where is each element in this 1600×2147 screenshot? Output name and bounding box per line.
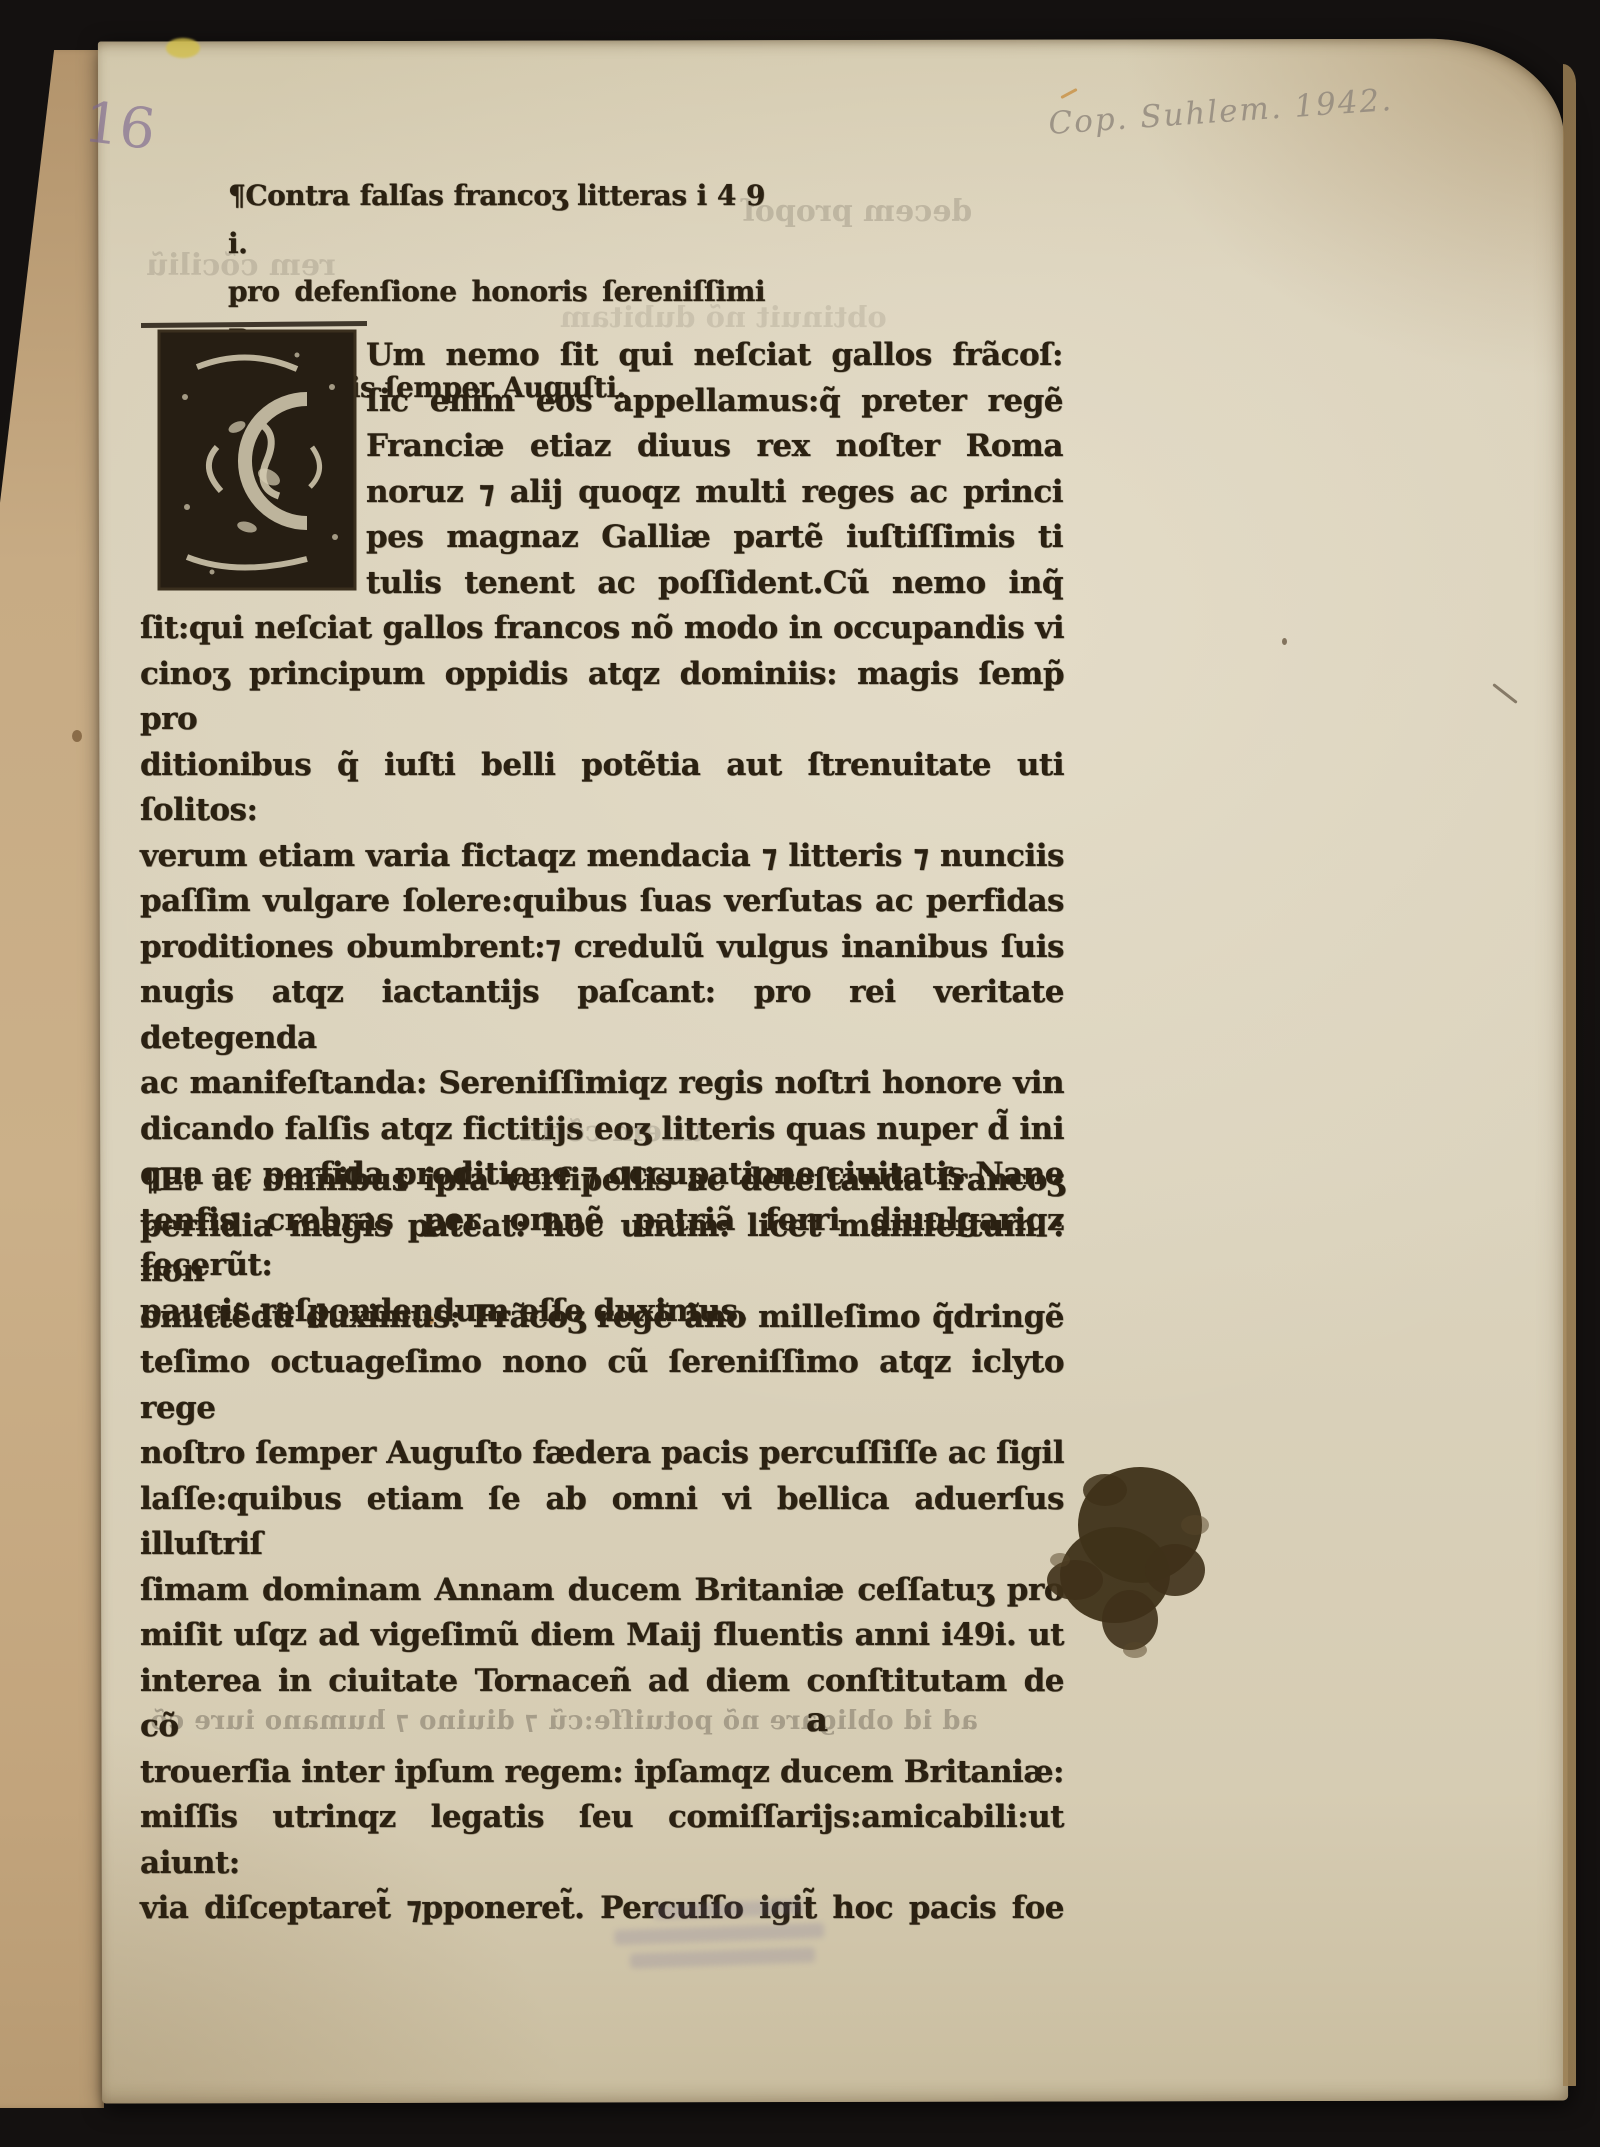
body-line: paſſim vulgare ſolere:quibus ſuas verſut…: [140, 879, 1064, 925]
body-line: ditionibus q̃ iuſti belli potẽtia aut ſt…: [140, 743, 1064, 834]
dark-speck: [1282, 638, 1287, 645]
body-line: noſtro ſemper Auguſto fædera pacis percu…: [140, 1431, 1064, 1477]
body-line: omittẽdũ duximus: Frãcoʒ regẽ ãno milleſ…: [140, 1295, 1064, 1341]
show-through-fragment: decem propoſ: [742, 194, 972, 229]
body-line: perfidia magis pateat: hoc unum: licet m…: [140, 1204, 1064, 1295]
heading-line-1: ¶Contra falſas francoʒ litteras i 4 9 i.: [228, 172, 765, 268]
yellow-stain: [166, 38, 200, 58]
body-line: interea in ciuitate Tornaceñ ad diem con…: [140, 1659, 1064, 1750]
page-fore-edge: [1563, 64, 1576, 2086]
paragraph-two: ¶Et ut omnibus ipſa verſipellis ac deteſ…: [140, 1158, 1064, 1932]
library-stamp-showthrough: [613, 1889, 852, 2022]
signature-mark: a: [806, 1700, 828, 1740]
body-line: tulis tenent ac poſſident.Cũ nemo inq̃: [366, 561, 1063, 607]
stamp-line: [653, 1900, 803, 1920]
body-line: nugis atqz iactantijs paſcant: pro rei v…: [140, 970, 1064, 1061]
body-line: proditiones obumbrent:⁊ credulũ vulgus i…: [140, 925, 1064, 971]
body-line: ſimam dominam Annam ducem Britaniæ ceſſa…: [140, 1568, 1064, 1614]
stamp-line: [630, 1947, 815, 1968]
body-line: teſimo octuageſimo nono cũ ſereniſſimo a…: [140, 1340, 1064, 1431]
stamp-line: [614, 1923, 824, 1945]
body-line: pes magnaz Galliæ partẽ iuſtiſſimis ti: [366, 515, 1063, 561]
body-line: via diſceptaret̃ ⁊pponeret̃. Percuſſo ig…: [140, 1886, 1064, 1932]
body-line: miſit uſqz ad vigeſimũ diem Maij fluenti…: [140, 1613, 1064, 1659]
body-line: Franciæ etiaz diuus rex noſter Roma: [366, 424, 1063, 470]
woodcut-initial: [157, 327, 358, 594]
body-line: verum etiam varia fictaqz mendacia ⁊ lit…: [140, 834, 1064, 880]
body-line: noruz ⁊ alij quoqz multi reges ac princi: [366, 470, 1063, 516]
body-line: ſit:qui neſciat gallos francos nõ modo i…: [140, 606, 1064, 652]
body-line: ¶Et ut omnibus ipſa verſipellis ac deteſ…: [140, 1158, 1064, 1204]
photo-of-incunabulum: { "annotations": { "folio_number_pencil"…: [0, 0, 1600, 2147]
ink-blot: [1035, 1445, 1235, 1660]
body-line: miſſis utrinqz legatis ſeu comiſſarijs:a…: [140, 1795, 1064, 1886]
body-line: trouerſia inter ipſum regem: ipſamqz duc…: [140, 1750, 1064, 1796]
woodcut-initial-art: [157, 327, 358, 594]
body-line: dicando falſis atqz fictitijs eoʒ litter…: [140, 1107, 1064, 1153]
body-line: Um nemo ſit qui neſciat gallos frãcoſ:: [366, 333, 1063, 379]
body-line: cinoʒ principum oppidis atqz dominiis: m…: [140, 652, 1064, 743]
edge-speck: [72, 730, 82, 742]
body-line: laſſe:quibus etiam ſe ab omni vi bellica…: [140, 1477, 1064, 1568]
opening-paragraph-indented: Um nemo ſit qui neſciat gallos frãcoſ: ſ…: [366, 333, 1063, 606]
body-line: ſic enim eos appellamus:q̃ preter regẽ: [366, 379, 1063, 425]
book-underlying-leaves: [0, 50, 104, 2108]
folio-number-pencil: 16: [80, 90, 159, 163]
body-line: ac manifeſtanda: Sereniſſimiqz regis noſ…: [140, 1061, 1064, 1107]
